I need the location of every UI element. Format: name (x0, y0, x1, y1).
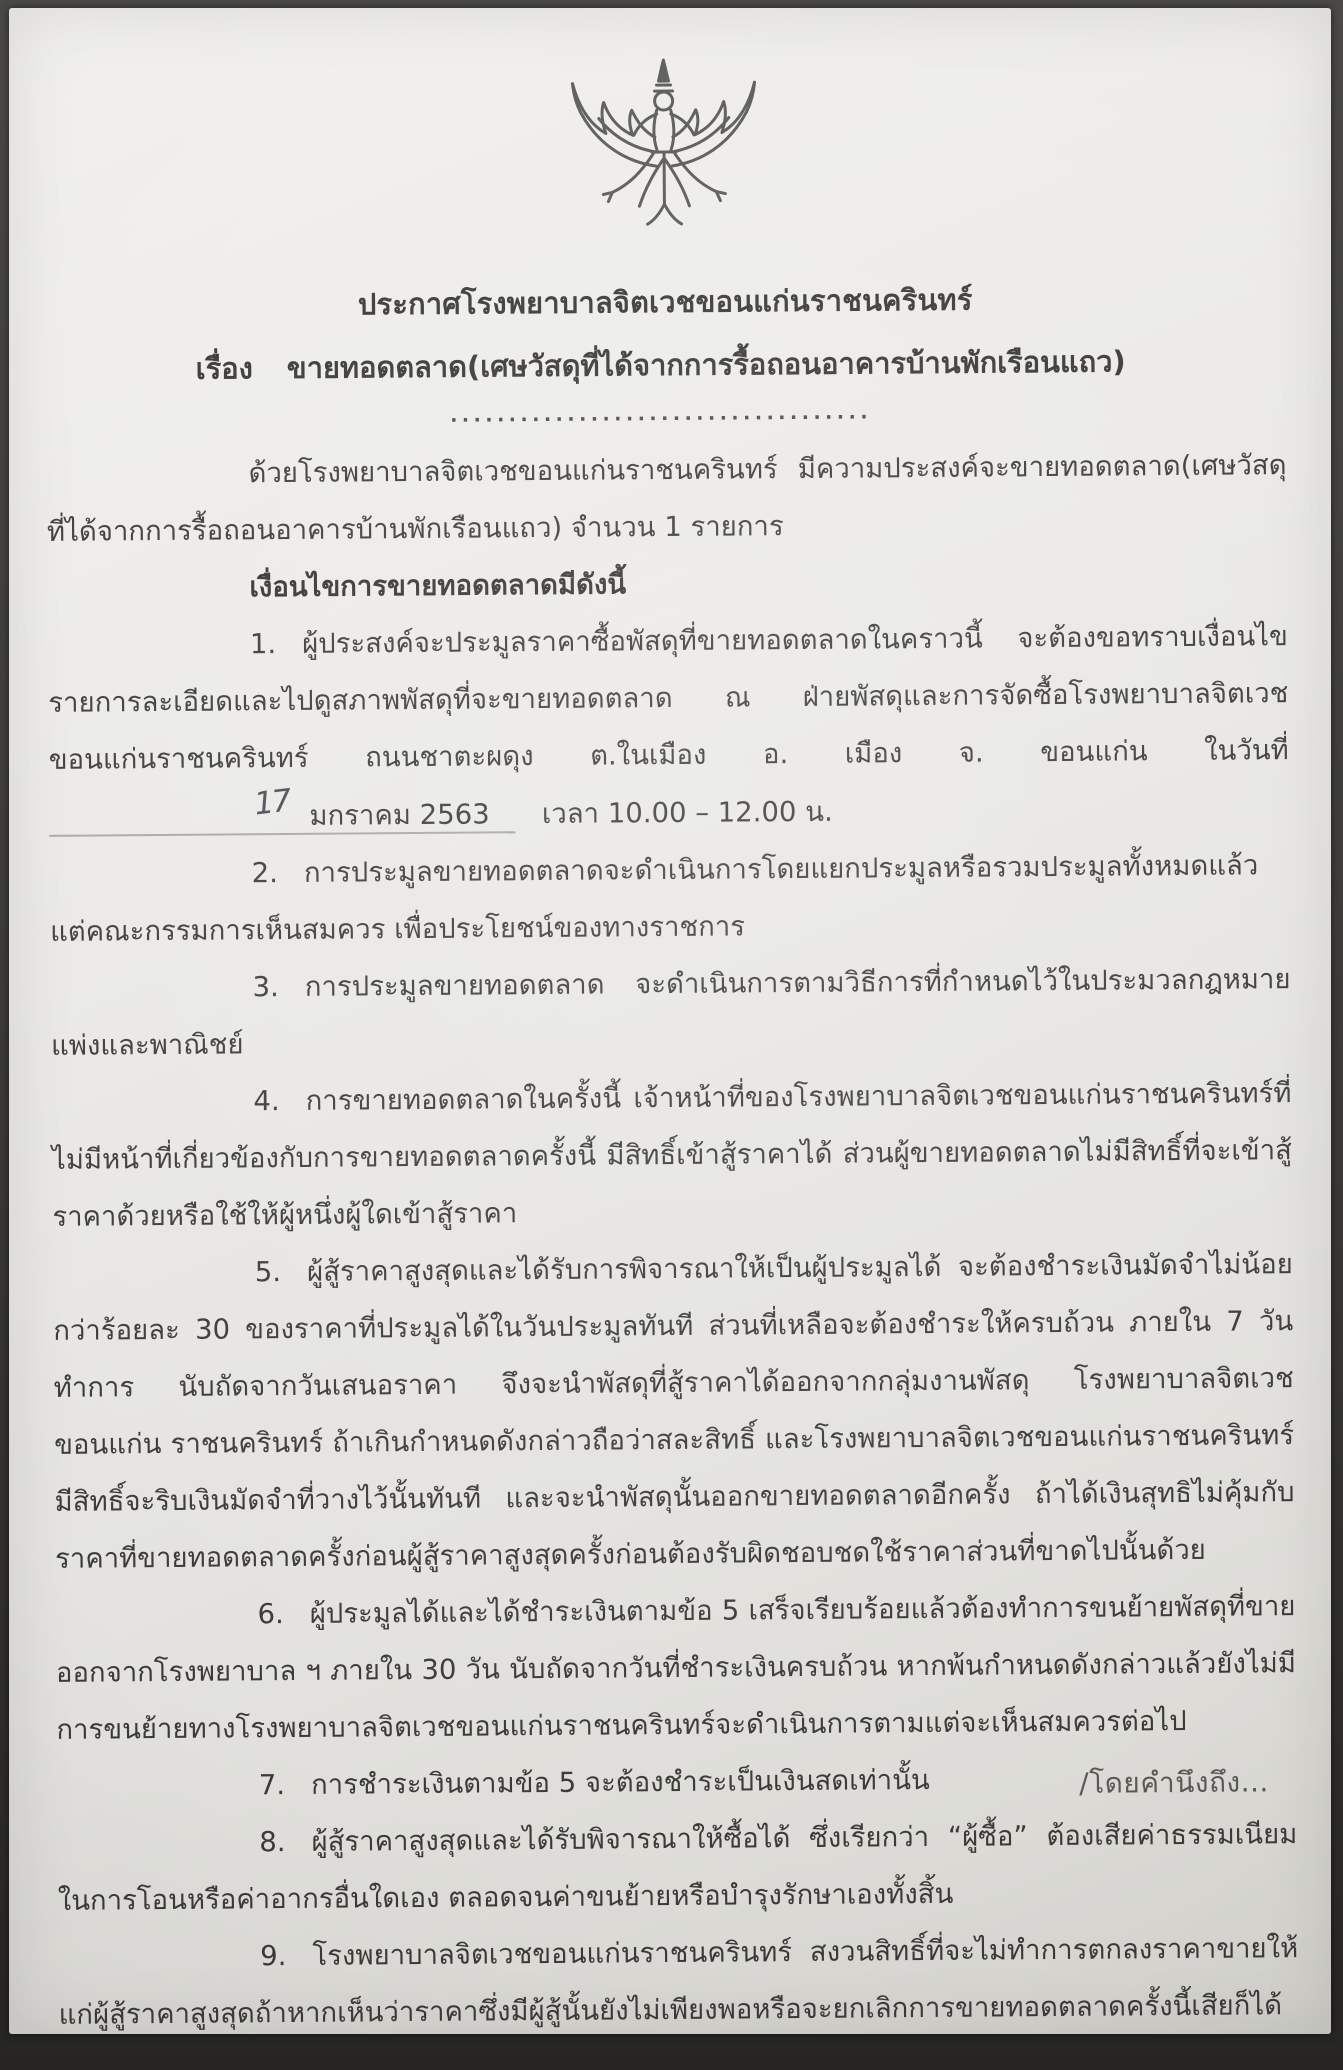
garuda-emblem-icon (547, 55, 781, 269)
condition-item-4: 4.การขายทอดตลาดในครั้งนี้ เจ้าหน้าที่ของ… (51, 1065, 1292, 1246)
item-text: ผู้สู้ราคาสูงสุดและได้รับพิจารณาให้ซื้อไ… (58, 1818, 1298, 1917)
item-number: 1. (250, 628, 277, 660)
date-underline: 17 มกราคม 2563 (49, 798, 516, 837)
document-title: ประกาศโรงพยาบาลจิตเวชขอนแก่นราชนครินทร์ (45, 269, 1285, 336)
item-text: ผู้สู้ราคาสูงสุดและได้รับการพิจารณาให้เป… (53, 1248, 1295, 1575)
document-content: ประกาศโรงพยาบาลจิตเวชขอนแก่นราชนครินทร์ … (43, 41, 1299, 2039)
item-number: 7. (259, 1769, 286, 1801)
item-number: 5. (255, 1256, 282, 1288)
item-number: 9. (260, 1940, 287, 1972)
item-text-after: เวลา 10.00 – 12.00 น. (542, 796, 833, 830)
condition-item-8: 8.ผู้สู้ราคาสูงสุดและได้รับพิจารณาให้ซื้… (57, 1806, 1298, 1930)
date-month-year: มกราคม 2563 (309, 798, 489, 831)
condition-item-6: 6.ผู้ประมูลได้และได้ชำระเงินตามข้อ 5 เสร… (55, 1578, 1296, 1759)
condition-item-1: 1.ผู้ประสงค์จะประมูลราคาซื้อพัสดุที่ขายท… (48, 608, 1290, 847)
item-text: การประมูลขายทอดตลาด จะดำเนินการตามวิธีกา… (51, 963, 1291, 1062)
subject-text: ขายทอดตลาด(เศษวัสดุที่ได้จากการรื้อถอนอา… (287, 344, 1126, 385)
handwritten-day: 17 (51, 773, 293, 856)
item-text: การประมูลขายทอดตลาดจะดำเนินการโดยแยกประม… (50, 849, 1258, 947)
item-text: การชำระเงินตามข้อ 5 จะต้องชำระเป็นเงินสด… (311, 1764, 930, 1801)
item-number: 4. (253, 1085, 280, 1117)
document-page: ประกาศโรงพยาบาลจิตเวชขอนแก่นราชนครินทร์ … (9, 8, 1331, 2034)
subject-label: เรื่อง (196, 351, 253, 385)
item-number: 6. (257, 1598, 284, 1630)
item-number: 8. (259, 1826, 286, 1858)
condition-item-5: 5.ผู้สู้ราคาสูงสุดและได้รับการพิจารณาให้… (53, 1236, 1296, 1588)
item-text: ผู้ประสงค์จะประมูลราคาซื้อพัสดุที่ขายทอด… (48, 620, 1289, 776)
condition-item-9: 9.โรงพยาบาลจิตเวชขอนแก่นราชนครินทร์ สงวน… (58, 1920, 1299, 2044)
item-number: 2. (252, 857, 279, 889)
condition-item-3: 3.การประมูลขายทอดตลาด จะดำเนินการตามวิธี… (50, 951, 1291, 1075)
item-text: โรงพยาบาลจิตเวชขอนแก่นราชนครินทร์ สงวนสิ… (59, 1932, 1299, 2031)
condition-item-2: 2.การประมูลขายทอดตลาดจะดำเนินการโดยแยกปร… (49, 837, 1290, 961)
item-text: ผู้ประมูลได้และได้ชำระเงินตามข้อ 5 เสร็จ… (56, 1590, 1296, 1746)
item-number: 3. (252, 971, 279, 1003)
continuation-note: /โดยคำนึงถึง... (1079, 1753, 1269, 1811)
conditions-heading: เงื่อนไขการขายทอดตลาดมีดังนี้ (47, 551, 1287, 618)
intro-paragraph: ด้วยโรงพยาบาลจิตเวชขอนแก่นราชนครินทร์ มี… (46, 437, 1287, 561)
scan-background: ประกาศโรงพยาบาลจิตเวชขอนแก่นราชนครินทร์ … (0, 0, 1343, 2070)
item-text: การขายทอดตลาดในครั้งนี้ เจ้าหน้าที่ของโร… (52, 1077, 1292, 1233)
subject-line: เรื่องขายทอดตลาด(เศษวัสดุที่ได้จากการรื้… (195, 332, 1285, 398)
